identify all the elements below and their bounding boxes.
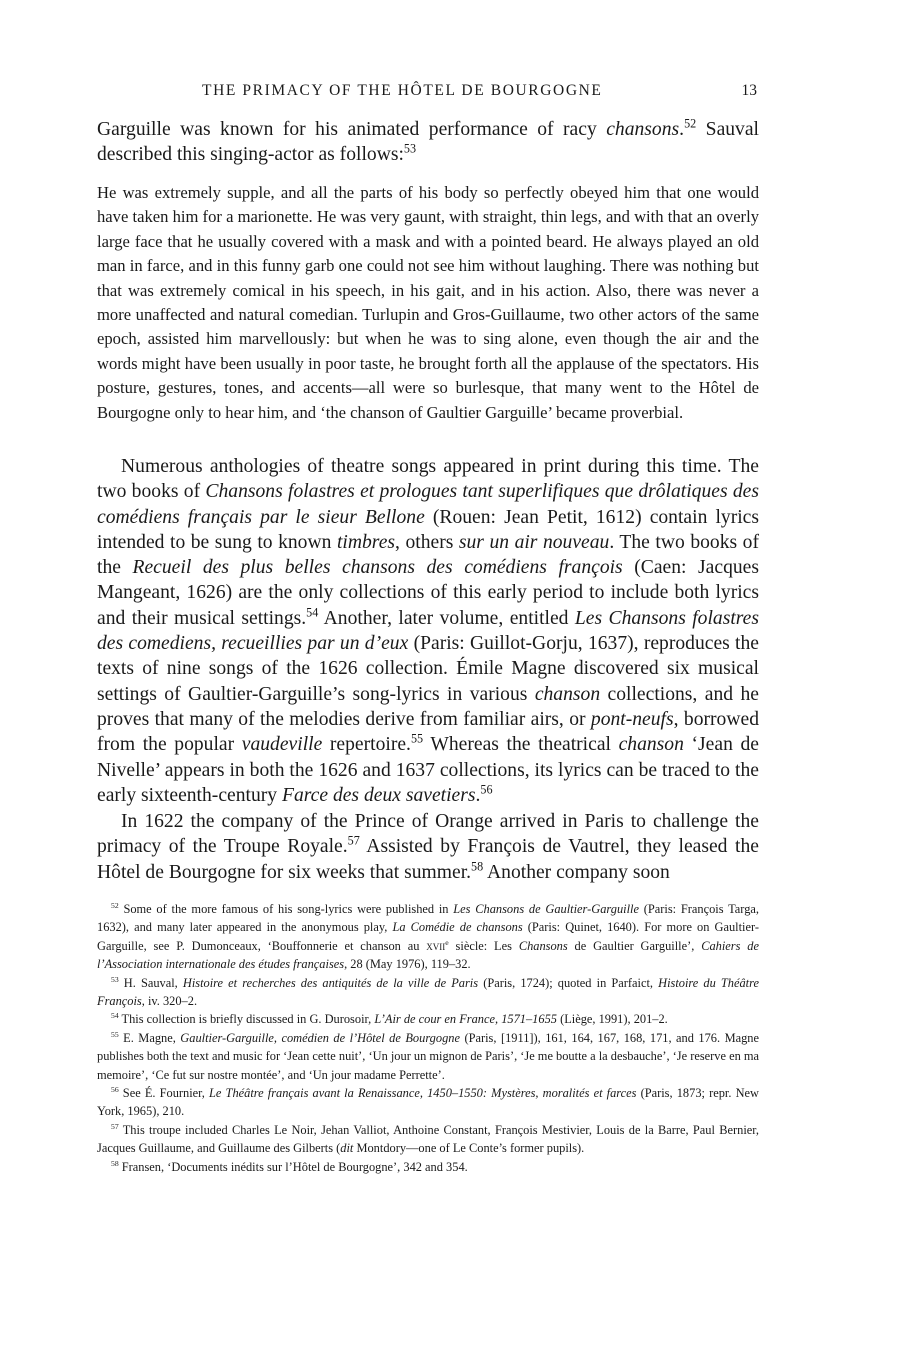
italic-title: Le Théâtre français avant la Renaissance…	[209, 1086, 636, 1100]
italic-run: timbres	[337, 532, 395, 553]
text-run: Fransen, ‘Documents inédits sur l’Hôtel …	[119, 1160, 468, 1174]
footnote-57: 57 This troupe included Charles Le Noir,…	[97, 1121, 759, 1158]
opening-paragraph: Garguille was known for his animated per…	[97, 117, 759, 168]
footnote-ref-58[interactable]: 58	[471, 859, 483, 873]
text-run: H. Sauval,	[119, 976, 183, 990]
italic-title: Gaultier-Garguille, comédien de l’Hôtel …	[180, 1031, 460, 1045]
text-run: This collection is briefly discussed in …	[119, 1012, 375, 1026]
text-run: (Paris, 1724); quoted in Parfaict,	[478, 976, 658, 990]
italic-title: Recueil des plus belles chansons des com…	[133, 557, 623, 578]
running-head: THE PRIMACY OF THE HÔTEL DE BOURGOGNE 13	[97, 82, 759, 104]
text-run: E. Magne,	[119, 1031, 181, 1045]
italic-run: pont-neufs	[591, 709, 674, 730]
text-run: See É. Fournier,	[119, 1086, 209, 1100]
small-caps-century: xvii	[426, 939, 445, 953]
text-run: de Gaultier Garguille’,	[568, 939, 702, 953]
text-run: Garguille was known for his animated per…	[97, 119, 606, 140]
italic-title: L’Air de cour en France, 1571–1655	[374, 1012, 557, 1026]
italic-title: Farce des deux savetiers	[282, 785, 476, 806]
italic-run: vaudeville	[242, 734, 323, 755]
italic-run: Chansons	[519, 939, 568, 953]
running-title: THE PRIMACY OF THE HÔTEL DE BOURGOGNE	[202, 82, 602, 100]
text-run: Another company soon	[483, 862, 670, 883]
block-quote-text: He was extremely supple, and all the par…	[97, 181, 759, 425]
text-run: Another, later volume, entitled	[318, 608, 575, 629]
italic-title: Histoire et recherches des antiquités de…	[183, 976, 478, 990]
text-run: , others	[395, 532, 459, 553]
italic-run: chanson	[619, 734, 684, 755]
footnote-54: 54 This collection is briefly discussed …	[97, 1010, 759, 1028]
italic-run: chansons	[606, 119, 679, 140]
footnote-number: 52	[111, 901, 119, 910]
footnotes: 52 Some of the more famous of his song-l…	[97, 900, 759, 1176]
paragraph-anthologies: Numerous anthologies of theatre songs ap…	[97, 454, 759, 808]
footnote-number: 54	[111, 1011, 119, 1020]
text-run: Whereas the theatrical	[423, 734, 619, 755]
footnote-number: 57	[111, 1122, 119, 1131]
text-run: , iv. 320–2.	[142, 994, 197, 1008]
block-quote: He was extremely supple, and all the par…	[97, 181, 759, 425]
italic-title: La Comédie de chansons	[392, 920, 522, 934]
text-run: (Liège, 1991), 201–2.	[557, 1012, 668, 1026]
text-run: Some of the more famous of his song-lyri…	[119, 902, 454, 916]
footnote-52: 52 Some of the more famous of his song-l…	[97, 900, 759, 974]
footnote-ref-53[interactable]: 53	[404, 142, 416, 156]
footnote-55: 55 E. Magne, Gaultier-Garguille, comédie…	[97, 1029, 759, 1084]
footnote-number: 53	[111, 975, 119, 984]
text-run: , 28 (May 1976), 119–32.	[344, 957, 471, 971]
footnote-58: 58 Fransen, ‘Documents inédits sur l’Hôt…	[97, 1158, 759, 1176]
text-run: siècle: Les	[449, 939, 519, 953]
footnote-number: 55	[111, 1030, 119, 1039]
footnote-ref-56[interactable]: 56	[480, 782, 492, 796]
text-run: repertoire.	[322, 734, 411, 755]
footnote-ref-52[interactable]: 52	[684, 116, 696, 130]
footnote-ref-55[interactable]: 55	[411, 732, 423, 746]
italic-run: dit	[340, 1141, 353, 1155]
text-run: Montdory—one of Le Conte’s former pupils…	[353, 1141, 584, 1155]
footnote-ref-57[interactable]: 57	[348, 834, 360, 848]
footnote-53: 53 H. Sauval, Histoire et recherches des…	[97, 974, 759, 1011]
footnote-ref-54[interactable]: 54	[306, 605, 318, 619]
footnote-56: 56 See É. Fournier, Le Théâtre français …	[97, 1084, 759, 1121]
italic-run: sur un air nouveau	[459, 532, 609, 553]
italic-run: chanson	[535, 684, 600, 705]
page-number: 13	[742, 82, 758, 100]
paragraph-prince-of-orange: In 1622 the company of the Prince of Ora…	[97, 809, 759, 885]
footnote-number: 56	[111, 1085, 119, 1094]
italic-title: Les Chansons de Gaultier-Garguille	[453, 902, 639, 916]
footnote-number: 58	[111, 1159, 119, 1168]
